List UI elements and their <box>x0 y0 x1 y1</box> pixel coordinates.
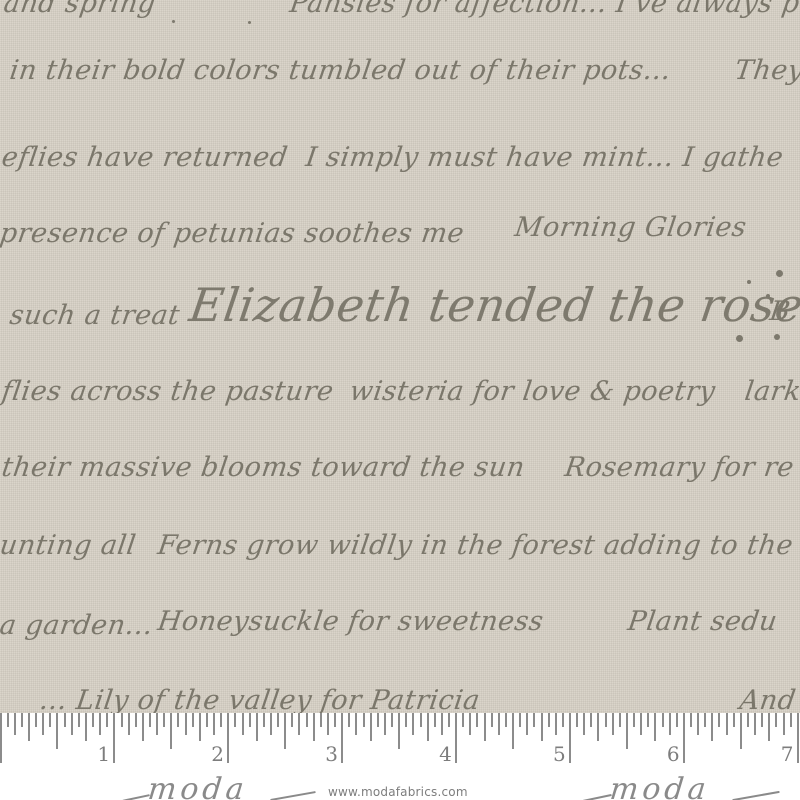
ruler-tick <box>747 713 749 727</box>
ruler-tick <box>768 713 770 741</box>
ruler-tick <box>761 713 763 727</box>
script-text-line: B <box>768 296 793 327</box>
ruler-tick <box>234 713 236 727</box>
ruler-tick <box>92 713 94 727</box>
ruler-tick <box>270 713 272 735</box>
script-text-line: Ferns grow wildly in the forest adding t… <box>156 530 795 561</box>
ruler-tick <box>384 713 386 735</box>
ruler-tick <box>697 713 699 735</box>
ruler-tick <box>121 713 123 727</box>
ruler-tick <box>462 713 464 727</box>
ink-speck <box>736 335 743 342</box>
ruler-tick <box>341 713 343 763</box>
ruler-tick <box>284 713 286 749</box>
script-text-line: a garden... <box>0 610 155 641</box>
ruler-tick <box>533 713 535 727</box>
script-text-line: presence of petunias soothes me <box>0 218 466 249</box>
ink-speck <box>774 334 780 340</box>
ruler-tick <box>619 713 621 727</box>
ink-speck <box>248 21 251 24</box>
ruler-tick <box>149 713 151 727</box>
ruler-tick <box>163 713 165 727</box>
ruler-tick <box>106 713 108 727</box>
ruler-tick <box>718 713 720 727</box>
ruler-tick <box>370 713 372 741</box>
ruler-tick <box>711 713 713 741</box>
ruler-tick <box>733 713 735 727</box>
script-text-line: such a treat <box>8 300 182 331</box>
logo-swash <box>270 791 316 800</box>
measurement-ruler: moda www.modafabrics.com moda 1234567 <box>0 713 800 800</box>
ruler-tick <box>313 713 315 741</box>
ruler-tick <box>726 713 728 735</box>
ruler-tick <box>469 713 471 735</box>
script-text-line: wisteria for love & poetry <box>348 376 718 407</box>
ink-speck <box>172 20 175 23</box>
script-text-line: They <box>733 55 800 86</box>
script-text-line: ... Lily of the valley for Patricia <box>38 685 482 713</box>
ruler-tick <box>676 713 678 727</box>
ruler-tick <box>562 713 564 727</box>
ruler-tick <box>85 713 87 741</box>
ruler-tick <box>348 713 350 727</box>
ruler-tick <box>512 713 514 749</box>
ruler-tick <box>49 713 51 727</box>
script-text-line: Pansies for affection... I've always p <box>288 0 800 19</box>
ruler-tick <box>427 713 429 741</box>
ruler-tick <box>569 713 571 763</box>
ruler-tick <box>135 713 137 727</box>
ruler-tick <box>590 713 592 727</box>
ruler-inch-label: 4 <box>439 742 452 766</box>
script-text-line: their massive blooms toward the sun <box>0 452 527 483</box>
ruler-tick <box>227 713 229 763</box>
ruler-tick <box>775 713 777 727</box>
ruler-tick <box>56 713 58 749</box>
ruler-tick <box>377 713 379 727</box>
logo-swash <box>122 794 150 800</box>
ruler-tick <box>78 713 80 727</box>
script-text-line: Morning Glories <box>513 212 749 243</box>
ruler-tick <box>355 713 357 735</box>
script-text-line: and spring <box>2 0 158 19</box>
ruler-tick <box>170 713 172 749</box>
ruler-tick <box>185 713 187 735</box>
script-text-line: flies across the pasture <box>0 376 336 407</box>
ruler-tick <box>654 713 656 741</box>
ruler-tick <box>640 713 642 735</box>
ruler-tick <box>206 713 208 727</box>
ruler-tick <box>320 713 322 727</box>
ruler-tick <box>363 713 365 727</box>
ruler-tick <box>256 713 258 741</box>
ruler-inch-label: 2 <box>211 742 224 766</box>
ruler-tick <box>662 713 664 727</box>
ruler-inch-label: 5 <box>553 742 566 766</box>
script-text-line: Honeysuckle for sweetness <box>156 606 546 637</box>
script-text-line: Rosemary for re <box>563 452 796 483</box>
ruler-tick <box>21 713 23 727</box>
ruler-inch-label: 3 <box>325 742 338 766</box>
ruler-tick <box>42 713 44 735</box>
ruler-tick <box>605 713 607 727</box>
ruler-tick <box>555 713 557 735</box>
ruler-tick <box>484 713 486 741</box>
script-text-line: eflies have returned <box>0 142 290 173</box>
ruler-tick <box>797 713 799 763</box>
ruler-tick <box>213 713 215 735</box>
ruler-tick <box>576 713 578 727</box>
script-text-line: I simply must have mint... I gathe <box>304 142 786 173</box>
ruler-inch-label: 6 <box>667 742 680 766</box>
ruler-tick <box>519 713 521 727</box>
ruler-tick <box>647 713 649 727</box>
headline-script-text: Elizabeth tended the roses <box>186 278 800 332</box>
ruler-tick <box>142 713 144 741</box>
ruler-tick <box>242 713 244 735</box>
ruler-tick <box>491 713 493 727</box>
ink-speck <box>776 270 783 277</box>
ruler-tick <box>405 713 407 727</box>
ruler-tick <box>263 713 265 727</box>
ruler-tick <box>298 713 300 735</box>
ruler-tick <box>505 713 507 727</box>
ruler-tick <box>192 713 194 727</box>
ruler-tick <box>128 713 130 735</box>
moda-logo-right: moda <box>608 772 711 800</box>
ruler-tick <box>35 713 37 727</box>
ruler-tick <box>683 713 685 763</box>
ruler-tick <box>448 713 450 727</box>
ruler-tick <box>71 713 73 735</box>
ruler-tick <box>220 713 222 727</box>
logo-swash <box>732 791 780 800</box>
ruler-tick <box>177 713 179 727</box>
ruler-tick <box>334 713 336 727</box>
script-text-line: Plant sedu <box>626 606 780 637</box>
ruler-tick <box>704 713 706 727</box>
ruler-tick <box>434 713 436 727</box>
ruler-tick <box>327 713 329 735</box>
ruler-tick <box>28 713 30 741</box>
script-text-line: lark <box>743 376 800 407</box>
fabric-swatch: Elizabeth tended the roses and springPan… <box>0 0 800 713</box>
ruler-tick <box>548 713 550 727</box>
moda-logo-left: moda <box>146 772 249 800</box>
ruler-tick <box>306 713 308 727</box>
ruler-tick <box>398 713 400 749</box>
ruler-tick <box>783 713 785 735</box>
ruler-tick <box>476 713 478 727</box>
script-text-line: And <box>738 685 798 713</box>
ruler-tick <box>690 713 692 727</box>
ruler-tick <box>0 713 2 763</box>
ruler-tick <box>541 713 543 741</box>
script-text-line: in their bold colors tumbled out of thei… <box>8 55 673 86</box>
logo-swash <box>582 794 612 800</box>
ruler-tick <box>441 713 443 735</box>
ruler-tick <box>391 713 393 727</box>
ruler-tick <box>7 713 9 727</box>
ruler-tick <box>277 713 279 727</box>
ruler-tick <box>597 713 599 741</box>
ruler-tick <box>526 713 528 735</box>
ink-speck <box>747 280 751 284</box>
ruler-tick <box>498 713 500 735</box>
ink-speck <box>766 294 770 298</box>
ruler-tick <box>412 713 414 735</box>
ruler-tick <box>754 713 756 735</box>
ruler-tick <box>291 713 293 727</box>
ruler-tick <box>612 713 614 735</box>
ruler-tick <box>740 713 742 749</box>
ruler-tick <box>790 713 792 727</box>
ruler-tick <box>669 713 671 735</box>
ruler-tick <box>199 713 201 741</box>
ruler-inch-label: 1 <box>97 742 110 766</box>
ruler-tick <box>249 713 251 727</box>
ruler-tick <box>156 713 158 735</box>
ruler-tick <box>99 713 101 735</box>
website-url: www.modafabrics.com <box>328 785 468 799</box>
ruler-tick <box>583 713 585 735</box>
ruler-tick <box>113 713 115 763</box>
ruler-tick <box>626 713 628 749</box>
ruler-tick <box>64 713 66 727</box>
ruler-tick <box>455 713 457 763</box>
ruler-tick <box>14 713 16 735</box>
ruler-inch-label: 7 <box>781 742 794 766</box>
script-text-line: unting all <box>0 530 138 561</box>
ruler-tick <box>633 713 635 727</box>
ruler-tick <box>420 713 422 727</box>
